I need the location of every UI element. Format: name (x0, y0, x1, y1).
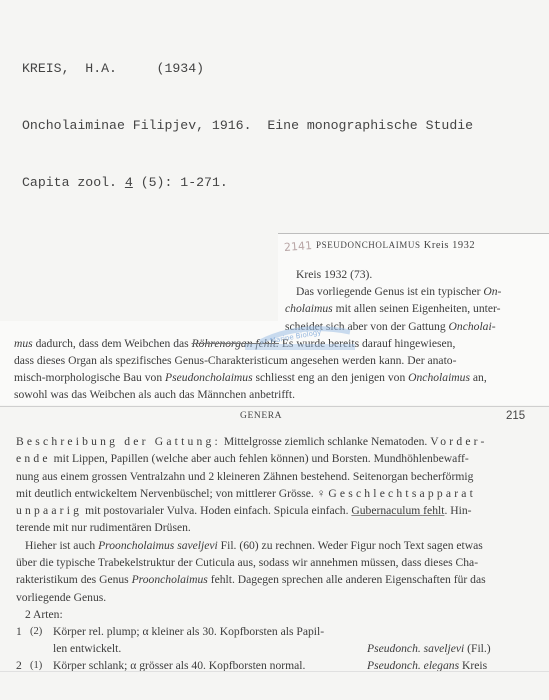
genus-name: Oncholaimus (408, 371, 470, 384)
spaced-heading: Geschlechtsapparat (328, 487, 476, 500)
page-divider (0, 406, 549, 407)
clipping-line-2: cholaimus mit allen seinen Eigenheiten, … (285, 300, 501, 317)
card-author: KREIS, H.A. (22, 61, 117, 76)
key-1-text-cont: len entwickelt. (53, 640, 121, 657)
spaced-heading: Vorder- (430, 435, 487, 448)
clipping-running-head: PSEUDONCHOLAIMUS Kreis 1932 (316, 240, 475, 251)
text: mit Lippen, Papillen (welche aber auch f… (51, 452, 469, 465)
page-number: 215 (506, 410, 525, 422)
species-name: Prooncholaimus saveljevi (98, 539, 218, 552)
card-author-line: KREIS, H.A. (1934) (22, 59, 473, 78)
genus-name: Prooncholaimus (132, 573, 208, 586)
species-name: Pseudonch. saveljevi (367, 642, 464, 655)
species-count: 2 Arten: (16, 606, 528, 623)
page-header: GENERA 215 (0, 410, 549, 428)
text: misch-morphologische Bau von (14, 371, 165, 384)
clipping-line-4: mus dadurch, dass dem Weibchen das Röhre… (14, 335, 455, 352)
index-card-reference: KREIS, H.A. (1934) Oncholaiminae Filipje… (22, 21, 473, 211)
key-1-number: 1 (16, 623, 22, 640)
handwritten-note: 2141 (284, 239, 313, 254)
clipping-ref: Kreis 1932 (73). (296, 266, 372, 283)
clipping-line-3: scheidet sich aber von der Gattung Oncho… (285, 318, 496, 335)
key-1-text: Körper rel. plump; α kleiner als 30. Kop… (53, 623, 324, 640)
description-line: nung aus einem grossen Ventralzahn und 2… (16, 468, 528, 485)
text: Mittelgrosse ziemlich schlanke Nematoden… (221, 435, 430, 448)
spaced-heading: ende (16, 452, 51, 465)
species-author: (Fil.) (464, 642, 490, 655)
card-pages: (5): 1-271. (133, 175, 228, 190)
text: rakteristikum des Genus (16, 573, 132, 586)
text: dadurch, dass dem Weibchen das (33, 337, 192, 350)
text: schliesst eng an den jenigen von (253, 371, 409, 384)
card-title-line: Oncholaiminae Filipjev, 1916. Eine monog… (22, 116, 473, 135)
text: Das vorliegende Genus ist ein typischer (296, 285, 483, 298)
card-journal: Capita zool. (22, 175, 125, 190)
text: an, (470, 371, 487, 384)
text: mit deutlich entwickeltem Nervenbüschel;… (16, 487, 328, 500)
genus-name: cholaimus (285, 302, 333, 315)
description-line: terende mit nur rudimentären Drüsen. (16, 519, 528, 536)
text: mit allen seinen Eigenheiten, unter- (333, 302, 501, 315)
clipping-line-5: dass dieses Organ als spezifisches Genus… (14, 352, 456, 369)
description-line: über die typische Trabekelstruktur der C… (16, 554, 528, 571)
text: mit postovarialer Vulva. Hoden einfach. … (82, 504, 351, 517)
card-citation-line: Capita zool. 4 (5): 1-271. (22, 173, 473, 192)
genus-name: On- (483, 285, 501, 298)
text: scheidet sich aber von der Gattung (285, 320, 449, 333)
clipping-bottom-edge (0, 671, 549, 672)
text: Hieher ist auch (25, 539, 98, 552)
spaced-heading: Beschreibung der Gattung: (16, 435, 221, 448)
key-1-species: Pseudonch. saveljevi (Fil.) (367, 640, 491, 657)
genus-name: Oncholai- (449, 320, 496, 333)
page-header-title: GENERA (240, 411, 282, 421)
genus-name: Pseudoncholaimus (165, 371, 253, 384)
description-line: Beschreibung der Gattung: Mittelgrosse z… (16, 433, 528, 450)
clipping-line-1: Das vorliegende Genus ist ein typischer … (296, 283, 501, 300)
genus-name: mus (14, 337, 33, 350)
clipping-line-7: sowohl was das Weibchen als auch das Män… (14, 386, 295, 403)
organ-name: Röhrenorgan fehlt. (192, 337, 279, 350)
spaced-heading: unpaarig (16, 504, 82, 517)
description-line: unpaarig mit postovarialer Vulva. Hoden … (16, 502, 528, 519)
text: . Hin- (444, 504, 471, 517)
card-volume: 4 (125, 175, 133, 190)
description-line: rakteristikum des Genus Prooncholaimus f… (16, 571, 528, 588)
text: Es wurde bereits darauf hingewiesen, (279, 337, 455, 350)
clipping-line-6: misch-morphologische Bau von Pseudonchol… (14, 369, 487, 386)
text: Fil. (60) zu rechnen. Weder Figur noch T… (218, 539, 483, 552)
running-head-genus: PSEUDONCHOLAIMUS (316, 240, 421, 250)
description-line: mit deutlich entwickeltem Nervenbüschel;… (16, 485, 528, 502)
description-line: Hieher ist auch Prooncholaimus saveljevi… (16, 537, 528, 554)
underlined-text: Gubernaculum fehlt (351, 504, 444, 517)
card-year: (1934) (157, 61, 204, 76)
text: fehlt. Dagegen sprechen alle anderen Eig… (208, 573, 486, 586)
key-1-alt: (2) (30, 623, 42, 640)
genus-description: Beschreibung der Gattung: Mittelgrosse z… (16, 433, 528, 623)
running-head-author: Kreis 1932 (424, 240, 475, 251)
description-line: vorliegende Genus. (16, 589, 528, 606)
description-line: ende mit Lippen, Papillen (welche aber a… (16, 450, 528, 467)
